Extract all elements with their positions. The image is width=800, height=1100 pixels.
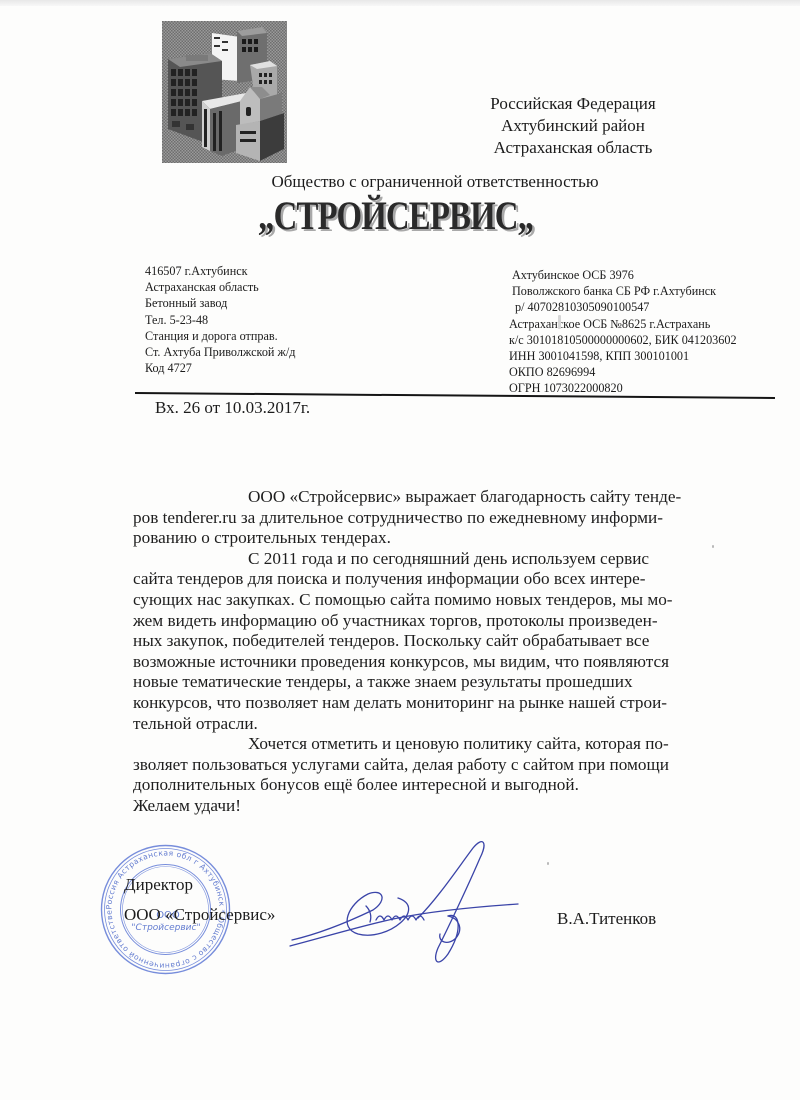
region-line: Российская Федерация xyxy=(468,93,678,115)
body-line: жем видеть информацию об участниках торг… xyxy=(133,611,743,632)
bank-details-block: Ахтубинское ОСБ 3976 Поволжского банка С… xyxy=(512,267,737,397)
body-line: новые тематические тендеры, а также знае… xyxy=(133,672,743,693)
paragraph-1: ООО «Стройсервис» выражает благодарность… xyxy=(133,487,743,549)
region-line: Астраханская область xyxy=(468,137,678,159)
body-line: тельной отрасли. xyxy=(133,714,743,735)
address-block: 416507 г.Ахтубинск Астраханская область … xyxy=(145,263,296,376)
scan-smudge xyxy=(558,315,561,329)
body-line: конкурсов, что позволяет нам делать мони… xyxy=(133,693,743,714)
address-line: Астраханская область xyxy=(145,279,296,295)
bank-line: ОКПО 82696994 xyxy=(509,364,737,380)
bank-line: к/с 30101810500000000602, БИК 041203602 xyxy=(509,332,737,348)
bank-line: Астраханское ОСБ №8625 г.Астрахань xyxy=(509,316,737,332)
body-line: ных закупок, победителей тендеров. Поско… xyxy=(133,631,743,652)
signatory-org: ООО «Стройсервис» xyxy=(124,905,275,925)
bank-line: ИНН 3001041598, КПП 300101001 xyxy=(509,348,737,364)
body-line: дополнительных бонусов ещё более интерес… xyxy=(133,775,743,796)
body-line: Желаем удачи! xyxy=(133,796,743,817)
incoming-reference: Вх. 26 от 10.03.2017г. xyxy=(155,398,310,418)
address-line: Станция и дорога отправ. xyxy=(145,328,296,344)
body-line: сующих нас закупках. С помощью сайта пом… xyxy=(133,590,743,611)
body-line: рованию о строительных тендерах. xyxy=(133,528,743,549)
paragraph-3: Хочется отметить и ценовую политику сайт… xyxy=(133,734,743,816)
address-line: 416507 г.Ахтубинск xyxy=(145,263,296,279)
bank-line: ОГРН 1073022000820 xyxy=(509,380,737,396)
paragraph-2: С 2011 года и по сегодняшний день исполь… xyxy=(133,549,743,734)
bank-line: Ахтубинское ОСБ 3976 xyxy=(512,267,737,283)
company-logo-buildings xyxy=(162,21,287,163)
body-line: зволяет пользоваться услугами сайта, дел… xyxy=(133,755,743,776)
body-line: Хочется отметить и ценовую политику сайт… xyxy=(133,734,743,755)
handwritten-signature xyxy=(288,838,548,973)
signatory-role: Директор xyxy=(124,875,193,895)
address-line: Код 4727 xyxy=(145,360,296,376)
scan-speck xyxy=(547,862,549,865)
region-block: Российская Федерация Ахтубинский район А… xyxy=(468,93,678,159)
body-line: возможные источники проведения конкурсов… xyxy=(133,652,743,673)
body-line: ров tenderer.ru за длительное сотрудниче… xyxy=(133,508,743,529)
address-line: Тел. 5-23-48 xyxy=(145,312,296,328)
org-name-heading: „СТРОЙСЕРВИС„ xyxy=(258,192,504,239)
bank-line: Поволжского банка СБ РФ г.Ахтубинск xyxy=(512,283,737,299)
region-line: Ахтубинский район xyxy=(468,115,678,137)
bank-line: р/ 40702810305090100547 xyxy=(512,299,737,315)
body-line: сайта тендеров для поиска и получения ин… xyxy=(133,569,743,590)
signatory-name: В.А.Титенков xyxy=(557,909,656,929)
body-line: ООО «Стройсервис» выражает благодарность… xyxy=(133,487,743,508)
body-line: С 2011 года и по сегодняшний день исполь… xyxy=(133,549,743,570)
address-line: Ст. Ахтуба Приволжской ж/д xyxy=(145,344,296,360)
buildings-illustration-icon xyxy=(162,21,287,163)
scan-speck xyxy=(712,545,714,548)
org-type: Общество с ограниченной ответственностью xyxy=(250,172,620,192)
scan-top-edge xyxy=(0,0,800,6)
signature-icon xyxy=(288,838,548,973)
letter-body: ООО «Стройсервис» выражает благодарность… xyxy=(133,487,743,817)
address-line: Бетонный завод xyxy=(145,295,296,311)
